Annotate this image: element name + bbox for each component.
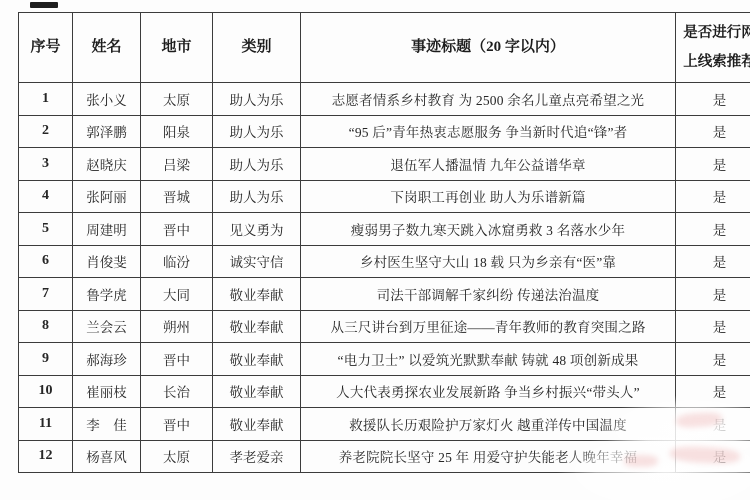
category-cell: 见义勇为 (213, 213, 301, 246)
category-cell: 孝老爱亲 (213, 440, 301, 473)
index-cell: 10 (19, 375, 73, 408)
recommend-cell: 是 (676, 245, 750, 278)
category-cell: 诚实守信 (213, 245, 301, 278)
table-body: 1张小义太原助人为乐志愿者情系乡村教育 为 2500 余名儿童点亮希望之光是2郭… (19, 83, 750, 473)
header-title: 事迹标题（20 字以内） (301, 13, 676, 83)
title-cell: 人大代表勇探农业发展新路 争当乡村振兴“带头人” (301, 375, 676, 408)
name-cell: 张小义 (73, 83, 141, 116)
document-page: 序号 姓名 地市 类别 事迹标题（20 字以内） 是否进行网上线索推荐 1张小义… (0, 0, 750, 500)
index-cell: 11 (19, 408, 73, 441)
name-cell: 周建明 (73, 213, 141, 246)
category-cell: 敬业奉献 (213, 408, 301, 441)
title-cell: 司法干部调解千家纠纷 传递法治温度 (301, 278, 676, 311)
table-row: 7鲁学虎大同敬业奉献司法干部调解千家纠纷 传递法治温度是 (19, 278, 750, 311)
title-cell: 乡村医生坚守大山 18 载 只为乡亲有“医”靠 (301, 245, 676, 278)
name-cell: 肖俊斐 (73, 245, 141, 278)
table-row: 12杨喜风太原孝老爱亲养老院院长坚守 25 年 用爱守护失能老人晚年幸福是 (19, 440, 750, 473)
title-cell: 瘦弱男子数九寒天跳入冰窟勇救 3 名落水少年 (301, 213, 676, 246)
header-category: 类别 (213, 13, 301, 83)
header-row: 序号 姓名 地市 类别 事迹标题（20 字以内） 是否进行网上线索推荐 (19, 13, 750, 83)
index-cell: 7 (19, 278, 73, 311)
cropped-text-remnant (30, 2, 58, 8)
name-cell: 郭泽鹏 (73, 115, 141, 148)
index-cell: 2 (19, 115, 73, 148)
category-cell: 助人为乐 (213, 83, 301, 116)
category-cell: 敬业奉献 (213, 343, 301, 376)
header-recommend: 是否进行网上线索推荐 (676, 13, 750, 83)
recommend-cell: 是 (676, 83, 750, 116)
city-cell: 临汾 (141, 245, 213, 278)
city-cell: 吕梁 (141, 148, 213, 181)
city-cell: 大同 (141, 278, 213, 311)
recommend-cell: 是 (676, 375, 750, 408)
index-cell: 1 (19, 83, 73, 116)
title-cell: 从三尺讲台到万里征途——青年教师的教育突围之路 (301, 310, 676, 343)
city-cell: 晋城 (141, 180, 213, 213)
recommend-cell: 是 (676, 343, 750, 376)
recommend-cell: 是 (676, 440, 750, 473)
category-cell: 敬业奉献 (213, 278, 301, 311)
city-cell: 太原 (141, 83, 213, 116)
recommend-cell: 是 (676, 115, 750, 148)
city-cell: 朔州 (141, 310, 213, 343)
name-cell: 李 佳 (73, 408, 141, 441)
table-row: 5周建明晋中见义勇为瘦弱男子数九寒天跳入冰窟勇救 3 名落水少年是 (19, 213, 750, 246)
index-cell: 8 (19, 310, 73, 343)
title-cell: 救援队长历艰险护万家灯火 越重洋传中国温度 (301, 408, 676, 441)
name-cell: 张阿丽 (73, 180, 141, 213)
header-name: 姓名 (73, 13, 141, 83)
table-row: 9郝海珍晋中敬业奉献“电力卫士” 以爱筑光默默奉献 铸就 48 项创新成果是 (19, 343, 750, 376)
recommend-cell: 是 (676, 213, 750, 246)
name-cell: 杨喜风 (73, 440, 141, 473)
index-cell: 12 (19, 440, 73, 473)
recommend-cell: 是 (676, 310, 750, 343)
table-row: 1张小义太原助人为乐志愿者情系乡村教育 为 2500 余名儿童点亮希望之光是 (19, 83, 750, 116)
table-row: 8兰会云朔州敬业奉献从三尺讲台到万里征途——青年教师的教育突围之路是 (19, 310, 750, 343)
title-cell: 志愿者情系乡村教育 为 2500 余名儿童点亮希望之光 (301, 83, 676, 116)
city-cell: 晋中 (141, 213, 213, 246)
index-cell: 9 (19, 343, 73, 376)
title-cell: “95 后”青年热衷志愿服务 争当新时代追“锋”者 (301, 115, 676, 148)
name-cell: 崔丽枝 (73, 375, 141, 408)
header-city: 地市 (141, 13, 213, 83)
city-cell: 长治 (141, 375, 213, 408)
category-cell: 助人为乐 (213, 148, 301, 181)
name-cell: 鲁学虎 (73, 278, 141, 311)
name-cell: 郝海珍 (73, 343, 141, 376)
header-index: 序号 (19, 13, 73, 83)
table-row: 11李 佳晋中敬业奉献救援队长历艰险护万家灯火 越重洋传中国温度是 (19, 408, 750, 441)
title-cell: 下岗职工再创业 助人为乐谱新篇 (301, 180, 676, 213)
index-cell: 5 (19, 213, 73, 246)
recommend-cell: 是 (676, 180, 750, 213)
recommendation-table: 序号 姓名 地市 类别 事迹标题（20 字以内） 是否进行网上线索推荐 1张小义… (18, 12, 750, 473)
recommend-cell: 是 (676, 408, 750, 441)
table-header: 序号 姓名 地市 类别 事迹标题（20 字以内） 是否进行网上线索推荐 (19, 13, 750, 83)
recommend-cell: 是 (676, 278, 750, 311)
category-cell: 助人为乐 (213, 180, 301, 213)
category-cell: 助人为乐 (213, 115, 301, 148)
name-cell: 赵晓庆 (73, 148, 141, 181)
index-cell: 4 (19, 180, 73, 213)
table-row: 2郭泽鹏阳泉助人为乐“95 后”青年热衷志愿服务 争当新时代追“锋”者是 (19, 115, 750, 148)
city-cell: 晋中 (141, 343, 213, 376)
table-row: 4张阿丽晋城助人为乐下岗职工再创业 助人为乐谱新篇是 (19, 180, 750, 213)
table-row: 3赵晓庆吕梁助人为乐退伍军人播温情 九年公益谱华章是 (19, 148, 750, 181)
index-cell: 6 (19, 245, 73, 278)
city-cell: 太原 (141, 440, 213, 473)
name-cell: 兰会云 (73, 310, 141, 343)
title-cell: 养老院院长坚守 25 年 用爱守护失能老人晚年幸福 (301, 440, 676, 473)
title-cell: 退伍军人播温情 九年公益谱华章 (301, 148, 676, 181)
title-cell: “电力卫士” 以爱筑光默默奉献 铸就 48 项创新成果 (301, 343, 676, 376)
category-cell: 敬业奉献 (213, 375, 301, 408)
table-row: 6肖俊斐临汾诚实守信乡村医生坚守大山 18 载 只为乡亲有“医”靠是 (19, 245, 750, 278)
table-row: 10崔丽枝长治敬业奉献人大代表勇探农业发展新路 争当乡村振兴“带头人”是 (19, 375, 750, 408)
category-cell: 敬业奉献 (213, 310, 301, 343)
recommend-cell: 是 (676, 148, 750, 181)
city-cell: 阳泉 (141, 115, 213, 148)
index-cell: 3 (19, 148, 73, 181)
city-cell: 晋中 (141, 408, 213, 441)
